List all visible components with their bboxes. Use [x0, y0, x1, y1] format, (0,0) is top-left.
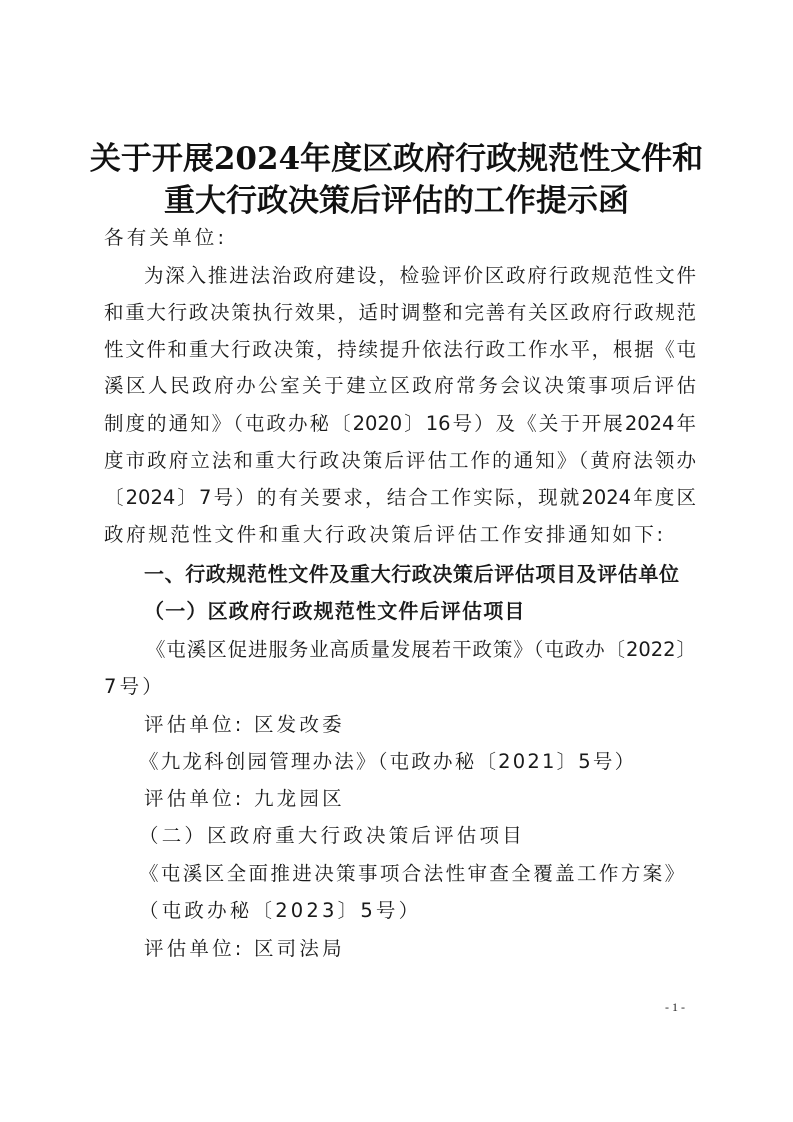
evaluation-item-title: 《九龙科创园管理办法》（屯政办秘〔2021〕5号）: [139, 748, 731, 776]
intro-paragraph-line: 和重大行政决策执行效果，适时调整和完善有关区政府行政规范: [104, 299, 696, 327]
subsection-1-heading: （一）区政府行政规范性文件后评估项目: [144, 597, 736, 625]
intro-paragraph-line: 性文件和重大行政决策，持续提升依法行政工作水平，根据《屯: [104, 336, 696, 364]
page-number: - 1 -: [660, 1000, 690, 1015]
section-1-heading: 一、行政规范性文件及重大行政决策后评估项目及评估单位: [144, 560, 736, 588]
intro-paragraph-line: 溪区人民政府办公室关于建立区政府常务会议决策事项后评估: [104, 372, 696, 400]
evaluation-unit: 评估单位: 区司法局: [144, 935, 736, 963]
evaluation-item-title-continued: （屯政办秘〔2023〕5号）: [139, 897, 731, 925]
intro-paragraph-line: 为深入推进法治政府建设，检验评价区政府行政规范性文件: [144, 262, 696, 290]
intro-paragraph-line: 度市政府立法和重大行政决策后评估工作的通知》（黄府法领办: [104, 447, 696, 475]
evaluation-unit: 评估单位: 区发改委: [144, 711, 736, 739]
salutation: 各有关单位:: [104, 224, 696, 252]
document-title-line-1: 关于开展2024年度区政府行政规范性文件和: [60, 138, 733, 180]
document-title-line-2: 重大行政决策后评估的工作提示函: [60, 180, 733, 222]
intro-paragraph-line: 制度的通知》（屯政办秘〔2020〕16号）及《关于开展2024年: [104, 410, 696, 438]
intro-paragraph-line: 政府规范性文件和重大行政决策后评估工作安排通知如下:: [104, 521, 696, 549]
evaluation-item-title-continued: 7号）: [104, 673, 696, 701]
subsection-2-heading: （二）区政府重大行政决策后评估项目: [139, 822, 731, 850]
evaluation-item-title: 《屯溪区促进服务业高质量发展若干政策》（屯政办〔2022〕: [146, 636, 696, 664]
evaluation-unit: 评估单位: 九龙园区: [144, 785, 736, 813]
evaluation-item-title: 《屯溪区全面推进决策事项合法性审查全覆盖工作方案》: [139, 860, 731, 888]
intro-paragraph-line: 〔2024〕7号）的有关要求，结合工作实际，现就2024年度区: [104, 484, 696, 512]
document-page: 关于开展2024年度区政府行政规范性文件和 重大行政决策后评估的工作提示函 各有…: [0, 0, 793, 1122]
